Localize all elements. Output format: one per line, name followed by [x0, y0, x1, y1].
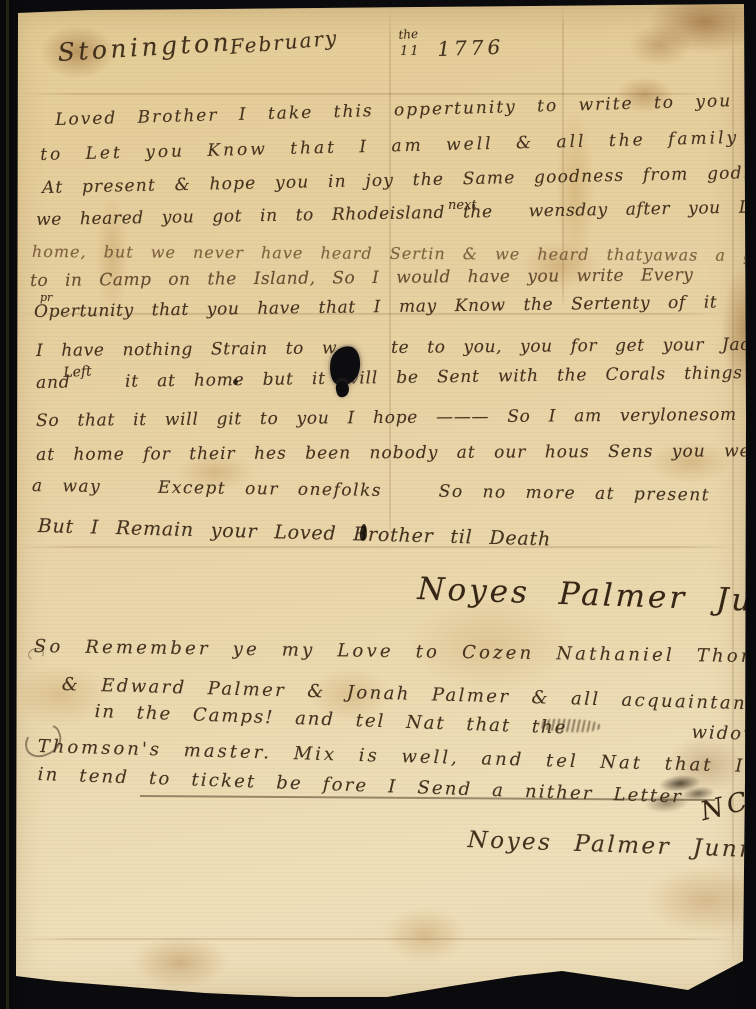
- dateline-the: the: [398, 28, 418, 41]
- fold-crease-vertical-3: [732, 6, 734, 966]
- body-line-5: home, but we never have heard Sertin & w…: [32, 244, 756, 264]
- body-line-6: to in Camp on the Island, So I would hav…: [30, 267, 693, 290]
- body-line-7: Opertunity that you have that I may Know…: [34, 294, 717, 321]
- body-line-1: Loved Brother I take this oppertunity to…: [55, 93, 732, 129]
- ink-smudge: [634, 768, 718, 820]
- body-line-12: a way Except our onefolks So no more at …: [32, 478, 710, 504]
- dateline-month: February: [229, 28, 339, 57]
- signature-postscript: Noyes Palmer Junr: [467, 829, 753, 862]
- letter-paper: Stonington February the 11 1776 Loved Br…: [0, 0, 756, 1009]
- scanner-edge-strip: [6, 0, 9, 1009]
- body-line-9: and it at home but it will be Sent with …: [36, 365, 743, 392]
- body-line-8: I have nothing Strain to w te to you, yo…: [36, 337, 756, 360]
- body-line-3: At present & hope you in joy the Same go…: [42, 165, 750, 197]
- ink-dot: [233, 379, 238, 385]
- dateline-place: Stonington: [57, 29, 233, 65]
- dateline-year: 1776: [437, 37, 505, 59]
- signature-main: Noyes Palmer Junr: [417, 574, 756, 618]
- body-line-11: at home for their hes been nobody at our…: [36, 443, 756, 464]
- postscript-line-1: So Remember ye my Love to Cozen Nathanie…: [34, 638, 756, 667]
- fold-crease-horizontal-3: [16, 546, 738, 548]
- superscript-pr: pr: [40, 292, 52, 303]
- superscript-next: next: [448, 199, 477, 212]
- body-line-4: we heared you got in to Rhodeisland the …: [36, 199, 756, 229]
- body-line-13: But I Remain your Loved Brother til Deat…: [38, 517, 552, 549]
- body-line-10: So that it will git to you I hope ——— So…: [36, 407, 737, 430]
- fold-crease-horizontal-4: [16, 938, 738, 940]
- dateline-day: 11: [400, 45, 421, 58]
- scanned-letter: Stonington February the 11 1776 Loved Br…: [0, 0, 756, 1009]
- superscript-left: Left: [63, 365, 92, 380]
